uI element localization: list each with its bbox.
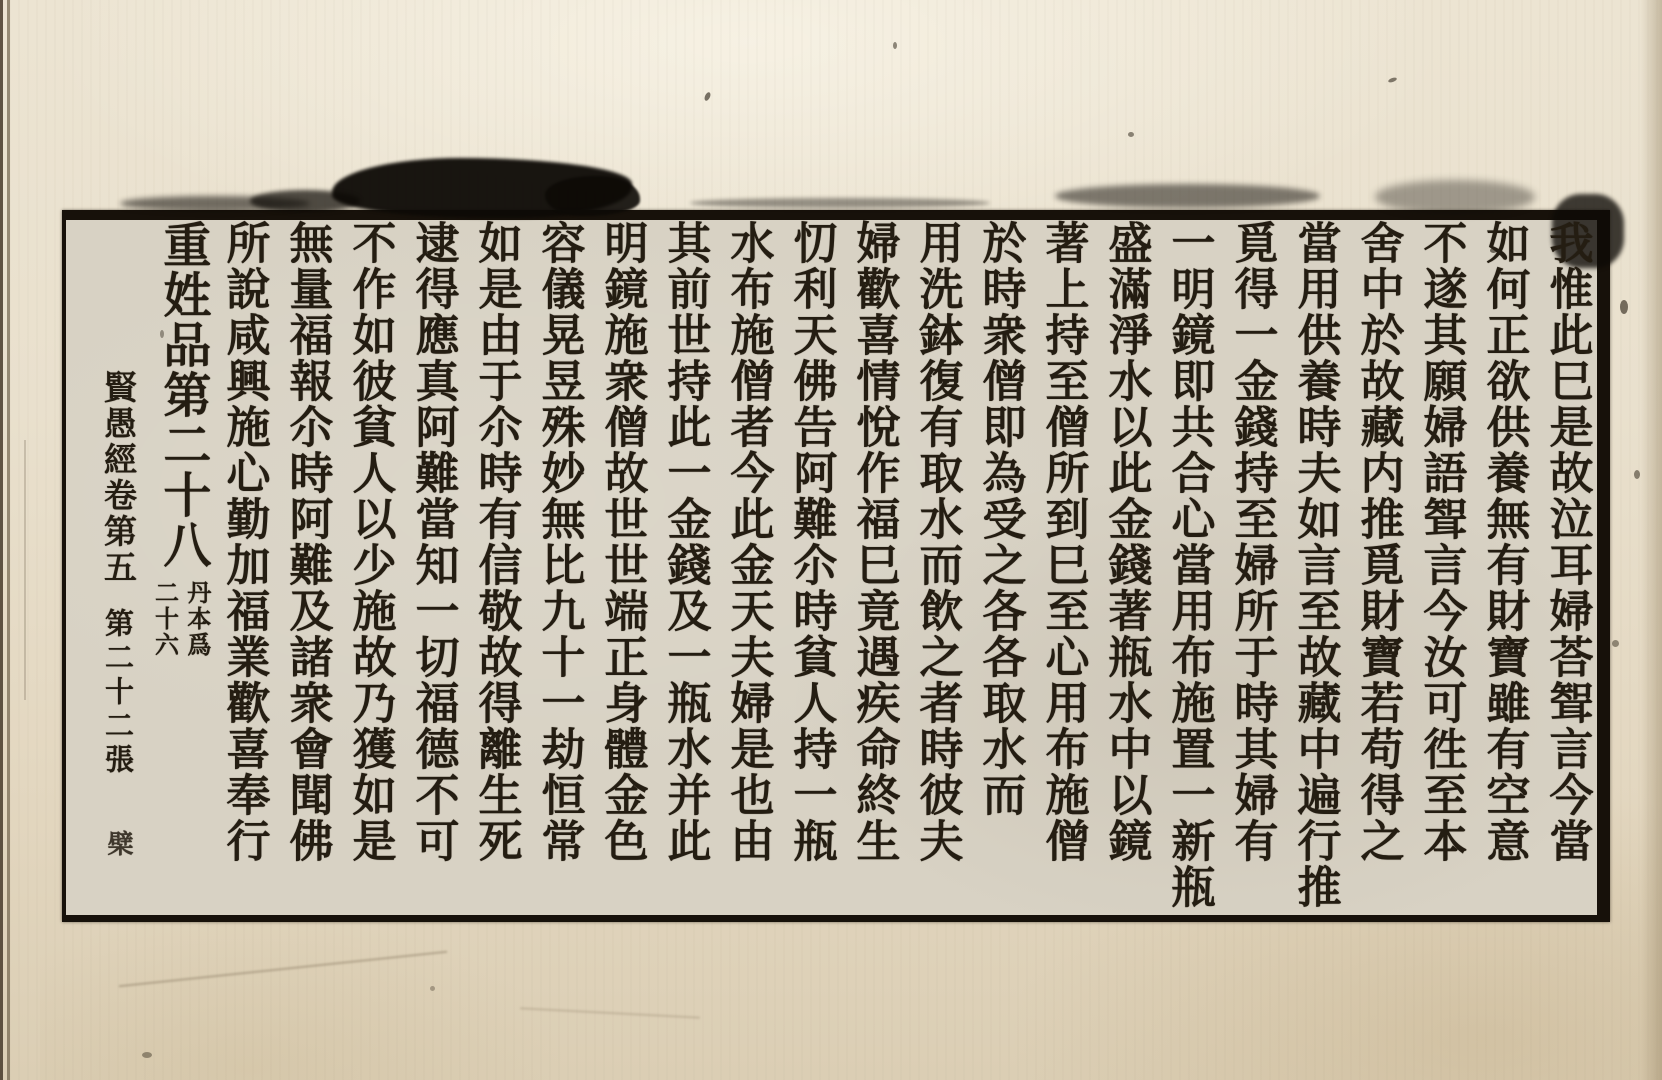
text-column-text: 用洗鉢復有取水而飲之者時彼夫 — [911, 220, 963, 912]
text-column-text: 我惟此巳是故泣耳婦荅聟言今當 — [1541, 220, 1593, 912]
text-column-20: 不作如彼貧人以少施故乃獲如是 — [338, 220, 401, 912]
text-column-text: 著上持至僧所到巳至心用布施僧 — [1037, 220, 1089, 912]
text-column-4: 舍中於故藏内推覓財寶若苟得之 — [1346, 220, 1409, 912]
collation-note-right: 丹本爲 — [183, 580, 211, 658]
paper-edge-shadow — [1640, 0, 1662, 1080]
text-column-14: 水布施僧者今此金天夫婦是也由 — [716, 220, 779, 912]
text-column-text: 婦歡喜情悅作福巳竟遇疾命終生 — [848, 220, 900, 912]
text-column-12: 婦歡喜情悅作福巳竟遇疾命終生 — [842, 220, 905, 912]
text-column-text: 容儀晃昱殊妙無比九十一劫恒常 — [533, 220, 585, 912]
text-column-17: 容儀晃昱殊妙無比九十一劫恒常 — [527, 220, 590, 912]
scroll-seam-line — [7, 0, 10, 1080]
text-column-10: 於時衆僧即為受之各各取水而 — [968, 220, 1031, 912]
text-column-text: 盛滿淨水以此金錢著瓶水中以鏡 — [1100, 220, 1152, 912]
text-column-3: 不遂其願婦語聟言今汝可徃至本 — [1409, 220, 1472, 912]
text-column-text: 如何正欲供養無有財寶雖有空意 — [1478, 220, 1530, 912]
text-column-text: 舍中於故藏内推覓財寶若苟得之 — [1352, 220, 1404, 912]
text-column-text: 當用供養時夫如言至故藏中遍行推 — [1289, 220, 1341, 912]
text-column-21: 無量福報尒時阿難及諸衆會聞佛 — [275, 220, 338, 912]
scroll-seam-line — [0, 0, 3, 1080]
text-column-text: 無量福報尒時阿難及諸衆會聞佛 — [281, 220, 333, 912]
text-column-9: 著上持至僧所到巳至心用布施僧 — [1031, 220, 1094, 912]
text-column-5: 當用供養時夫如言至故藏中遍行推 — [1283, 220, 1346, 912]
text-column-11: 用洗鉢復有取水而飲之者時彼夫 — [905, 220, 968, 912]
text-column-text: 其前世持此一金錢及一瓶水并此 — [659, 220, 711, 912]
text-column-text: 所說咸興施心勤加福業歡喜奉行 — [218, 220, 270, 912]
colophon-column: 賢愚經卷第五第二十二張檗 — [86, 220, 149, 912]
sheet-number: 第二十二張 — [101, 608, 135, 778]
text-column-19: 逮得應真阿難當知一切福德不可 — [401, 220, 464, 912]
scroll-title: 賢愚經卷第五 — [98, 370, 137, 586]
text-column-18: 如是由于尒時有信敬故得離生死 — [464, 220, 527, 912]
chapter-title: 重姓品第二十八 — [155, 220, 211, 570]
text-column-text: 忉利天佛告阿難尒時貧人持一瓶 — [785, 220, 837, 912]
text-column-text: 明鏡施衆僧故世世端正身體金色 — [596, 220, 648, 912]
text-column-6: 覓得一金錢持至婦所于時其婦有 — [1220, 220, 1283, 912]
text-column-text: 水布施僧者今此金天夫婦是也由 — [722, 220, 774, 912]
text-column-13: 忉利天佛告阿難尒時貧人持一瓶 — [779, 220, 842, 912]
text-column-text: 覓得一金錢持至婦所于時其婦有 — [1226, 220, 1278, 912]
collation-note: 丹本爲二十六 — [150, 580, 211, 658]
text-column-8: 盛滿淨水以此金錢著瓶水中以鏡 — [1094, 220, 1157, 912]
carver-mark: 檗 — [102, 830, 133, 859]
text-column-22: 所說咸興施心勤加福業歡喜奉行 — [212, 220, 275, 912]
text-column-16: 明鏡施衆僧故世世端正身體金色 — [590, 220, 653, 912]
text-column-text: 不遂其願婦語聟言今汝可徃至本 — [1415, 220, 1467, 912]
sutra-sheet: { "page": { "columns": [ "我惟此巳是故泣耳婦荅聟言今當… — [0, 0, 1662, 1080]
chapter-title-column: 重姓品第二十八丹本爲二十六 — [149, 220, 212, 912]
scroll-seam-line — [24, 440, 26, 700]
text-column-15: 其前世持此一金錢及一瓶水并此 — [653, 220, 716, 912]
text-column-text: 不作如彼貧人以少施故乃獲如是 — [344, 220, 396, 912]
text-column-2: 如何正欲供養無有財寶雖有空意 — [1472, 220, 1535, 912]
text-column-text: 逮得應真阿難當知一切福德不可 — [407, 220, 459, 912]
text-column-7: 一明鏡即共合心當用布施置一新瓶 — [1157, 220, 1220, 912]
text-column-text: 於時衆僧即為受之各各取水而 — [974, 220, 1026, 912]
collation-note-left: 二十六 — [150, 580, 178, 658]
text-column-text: 如是由于尒時有信敬故得離生死 — [470, 220, 522, 912]
text-column-1: 我惟此巳是故泣耳婦荅聟言今當 — [1535, 220, 1598, 912]
text-columns: 我惟此巳是故泣耳婦荅聟言今當如何正欲供養無有財寶雖有空意不遂其願婦語聟言今汝可徃… — [70, 220, 1598, 912]
text-column-text: 一明鏡即共合心當用布施置一新瓶 — [1163, 220, 1215, 912]
